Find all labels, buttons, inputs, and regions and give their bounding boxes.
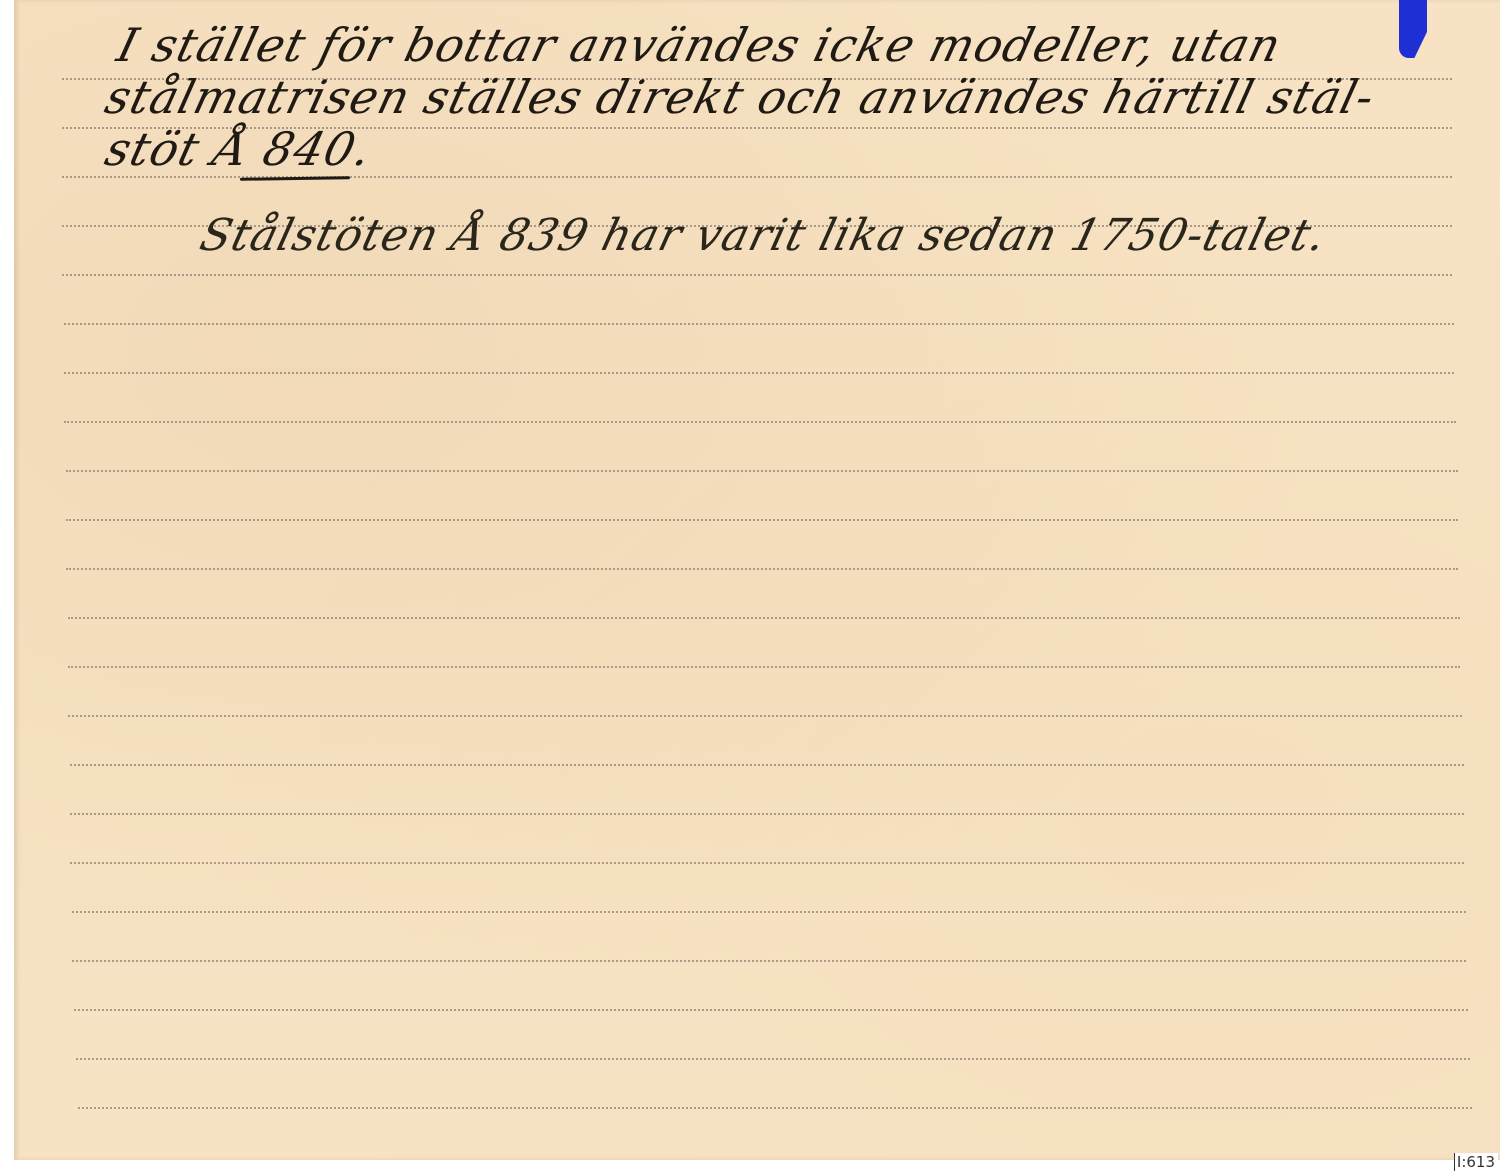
ruled-line — [66, 519, 1458, 521]
ruled-line — [70, 813, 1464, 815]
ruled-line — [76, 1058, 1470, 1060]
handwritten-line-4: Stålstöten Å 839 har varit lika sedan 17… — [195, 210, 1332, 261]
handwritten-line-3: stöt Å 840. — [100, 122, 378, 176]
handwritten-line-2: stålmatrisen ställes direkt och användes… — [100, 70, 1380, 124]
ruled-line — [70, 862, 1464, 864]
scanned-document: I stället för bottar användes icke model… — [0, 0, 1500, 1173]
ruled-line — [66, 470, 1458, 472]
ruled-line — [78, 1107, 1472, 1109]
ruled-line — [72, 911, 1466, 913]
ruled-line — [64, 323, 1454, 325]
ruled-line — [68, 715, 1462, 717]
ruled-line — [74, 1009, 1468, 1011]
handwritten-line-1: I stället för bottar användes icke model… — [112, 18, 1287, 72]
ruled-line — [66, 568, 1458, 570]
ruled-line — [72, 960, 1466, 962]
ruled-line — [64, 421, 1456, 423]
ruled-line — [70, 764, 1464, 766]
ruled-line — [62, 274, 1452, 276]
ruled-line — [64, 372, 1454, 374]
catalog-number-label: I:613 — [1454, 1153, 1498, 1171]
ruled-line — [68, 617, 1460, 619]
ruled-line — [68, 666, 1460, 668]
